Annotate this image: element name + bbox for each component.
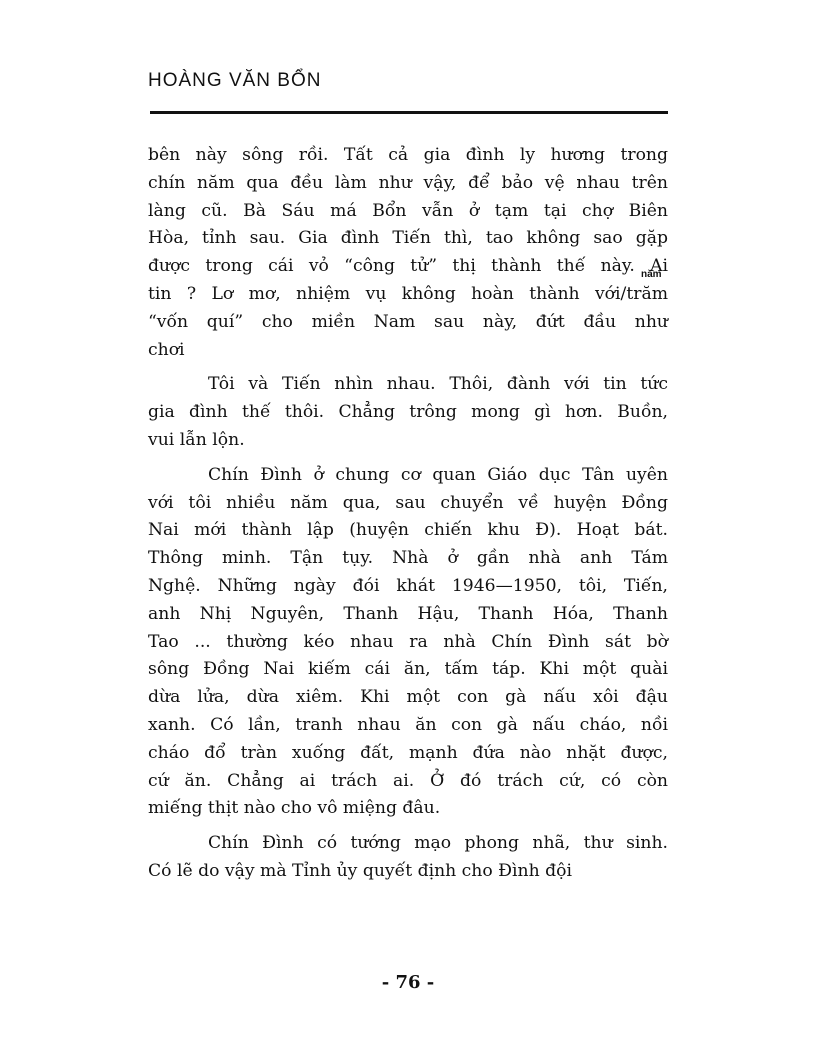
text-line: miếng thịt nào cho vô miệng đâu. xyxy=(148,795,668,823)
book-page: HOÀNG VĂN BỔN bên này sông rồi. Tất cả g… xyxy=(0,0,816,1056)
text-line: anh Nhị Nguyên, Thanh Hậu, Thanh Hóa, Th… xyxy=(148,601,668,629)
paragraph: Chín Đình có tướng mạo phong nhã, thư si… xyxy=(148,830,668,886)
body-text: bên này sông rồi. Tất cả gia đình ly hươ… xyxy=(148,142,668,886)
paragraph-gap xyxy=(148,823,668,830)
text-line: xanh. Có lần, tranh nhau ăn con gà nấu c… xyxy=(148,712,668,740)
text-line: Tao ... thường kéo nhau ra nhà Chín Đình… xyxy=(148,629,668,657)
text-line: tin ? Lơ mơ, nhiệm vụ không hoàn thành v… xyxy=(148,281,668,309)
text-line: bên này sông rồi. Tất cả gia đình ly hươ… xyxy=(148,142,668,170)
text-line: Hòa, tỉnh sau. Gia đình Tiến thì, tao kh… xyxy=(148,225,668,253)
text-line: sông Đồng Nai kiếm cái ăn, tấm táp. Khi … xyxy=(148,656,668,684)
text-line: Có lẽ do vậy mà Tỉnh ủy quyết định cho Đ… xyxy=(148,858,668,886)
text-line: cứ ăn. Chẳng ai trách ai. Ở đó trách cứ,… xyxy=(148,768,668,796)
text-line: vui lẫn lộn. xyxy=(148,427,668,455)
paragraph-gap xyxy=(148,455,668,462)
text-line: làng cũ. Bà Sáu má Bổn vẫn ở tạm tại chợ… xyxy=(148,198,668,226)
text-line: gia đình thế thôi. Chẳng trông mong gì h… xyxy=(148,399,668,427)
text-line: Chín Đình có tướng mạo phong nhã, thư si… xyxy=(148,830,668,858)
text-line: Nai mới thành lập (huyện chiến khu Đ). H… xyxy=(148,517,668,545)
text-line: “vốn quí” cho miền Nam sau này, đứt đầu … xyxy=(148,309,668,337)
inserted-word: năm xyxy=(641,270,662,280)
paragraph-gap xyxy=(148,364,668,371)
page-number: - 76 - xyxy=(0,972,816,993)
running-head-author: HOÀNG VĂN BỔN xyxy=(148,70,321,92)
text-line: Chín Đình ở chung cơ quan Giáo dục Tân u… xyxy=(148,462,668,490)
paragraph: Chín Đình ở chung cơ quan Giáo dục Tân u… xyxy=(148,462,668,823)
text-line: được trong cái vỏ “công tử” thị thành th… xyxy=(148,253,668,281)
text-line: dừa lửa, dừa xiêm. Khi một con gà nấu xô… xyxy=(148,684,668,712)
text-line: Thông minh. Tận tụy. Nhà ở gần nhà anh T… xyxy=(148,545,668,573)
paragraph: bên này sông rồi. Tất cả gia đình ly hươ… xyxy=(148,142,668,364)
text-line: chơi xyxy=(148,337,668,365)
text-line: với tôi nhiều năm qua, sau chuyển về huy… xyxy=(148,490,668,518)
header-rule xyxy=(150,111,668,114)
text-line: Nghệ. Những ngày đói khát 1946—1950, tôi… xyxy=(148,573,668,601)
text-line: cháo đổ tràn xuống đất, mạnh đứa nào nhặ… xyxy=(148,740,668,768)
handwritten-insertion: nămtrăm xyxy=(626,281,668,309)
text-line: Tôi và Tiến nhìn nhau. Thôi, đành với ti… xyxy=(148,371,668,399)
text-line: chín năm qua đều làm như vậy, để bảo vệ … xyxy=(148,170,668,198)
paragraph: Tôi và Tiến nhìn nhau. Thôi, đành với ti… xyxy=(148,371,668,454)
